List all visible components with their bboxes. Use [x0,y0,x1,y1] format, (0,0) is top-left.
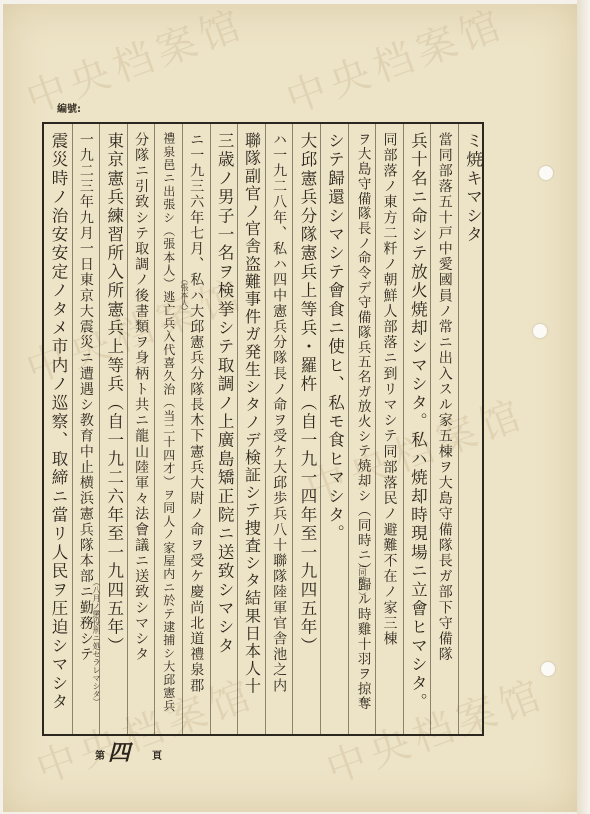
manuscript-column: 三歳ノ男子一名ヲ検挙シテ取調ノ上廣島矯正院ニ送致シマシタ [210,124,238,734]
column-text: 同部落ノ東方二粁ノ朝鮮人部落ニ到リマシテ同部落民ノ避難不在ノ家三棟 [382,132,396,647]
footer-page-prefix: 第 [95,744,105,763]
manuscript-column: 禮泉邑ニ出張シ（張本人）逃亡兵入代喜久治（当二十四才）ヲ同人ノ家屋内ニ於テ逮捕シ… [154,124,182,734]
column-text: 一九二三年九月一日東京大震災ニ遭遇シ教育中止横浜憲兵隊本部ニ勤務シテ [79,132,93,662]
manuscript-column: ヲ大島守備隊長ノ命令デ守備隊兵五名ガ放火シテ焼却シ（同時ニ）歸ル時雞十羽ヲ掠奪 [348,124,376,734]
footer-page-suffix: 頁 [152,744,162,763]
footer-page-number: 四 [108,736,130,767]
column-text: 東京憲兵練習所入所憲兵上等兵（自一九二六年至一九四五年） [105,132,122,656]
column-text: 禮泉邑ニ出張シ（張本人）逃亡兵入代喜久治（当二十四才）ヲ同人ノ家屋内ニ於テ逮捕シ… [163,132,175,713]
margin-note-ringleader: （張本人） [180,275,188,315]
manuscript-column: 同部落ノ東方二粁ノ朝鮮人部落ニ到リマシテ同部落民ノ避難不在ノ家三棟 [375,124,403,734]
margin-note-sentence: （八月ノ懲役刑ニ処セラレマシタ） [92,578,100,706]
margin-note-same-time: （同時ニ） [358,560,366,600]
manuscript-column: 大邱憲兵分隊憲兵上等兵・羅杵（自一九一四年至一九四五年） [292,124,320,734]
manuscript-column: 聯隊副官ノ官舎盗難事件ガ発生シタノデ検証シテ捜査シタ結果日本人十 [237,124,265,734]
manuscript-column: 東京憲兵練習所入所憲兵上等兵（自一九二六年至一九四五年） [99,124,127,734]
page-suffix: 頁 [152,751,162,762]
column-text: 震災時ノ治安安定ノタメ市内ノ巡察、取締ニ當リ人民ヲ圧迫シマシタ [50,132,67,712]
manuscript-column: 當同部落五十戸中愛國員ノ常ニ出入スル家五棟ヲ大島守備隊長ガ部下守備隊 [430,124,458,734]
page-number: 四 [108,741,130,766]
manuscript-column: 震災時ノ治安安定ノタメ市内ノ巡察、取締ニ當リ人民ヲ圧迫シマシタ [44,124,72,734]
column-text: 聯隊副官ノ官舎盗難事件ガ発生シタノデ検証シテ捜査シタ結果日本人十 [243,132,259,695]
binding-hole-bottom [541,662,555,676]
page-prefix: 第 [95,751,105,762]
manuscript-column: 分隊ニ引致シテ取調ノ後書類ヲ身柄ト共ニ龍山陸軍々法會議ニ送致シマシタ [127,124,155,734]
column-text: ハ一九二八年、私ハ四中憲兵分隊長ノ命ヲ受ケ大邱歩兵八十聯隊陸軍官舎池之内 [272,132,286,694]
column-text: シテ歸還シマシテ會食ニ使ヒ、私モ食ヒマシタ。 [326,132,343,543]
manuscript-column: ハ一九二八年、私ハ四中憲兵分隊長ノ命ヲ受ケ大邱歩兵八十聯隊陸軍官舎池之内 [265,124,293,734]
manuscript-column: シテ歸還シマシテ會食ニ使ヒ、私モ食ヒマシタ。 [320,124,348,734]
binding-hole-top [539,166,553,180]
column-text: 分隊ニ引致シテ取調ノ後書類ヲ身柄ト共ニ龍山陸軍々法會議ニ送致シマシタ [134,132,148,662]
manuscript-column: ニ一九三六年七月、私ハ大邱憲兵分隊長木下憲兵大尉ノ命ヲ受ケ慶尚北道禮泉郡 [182,124,210,734]
serial-number-label: 編號: [57,100,81,115]
column-text: 當同部落五十戸中愛國員ノ常ニ出入スル家五棟ヲ大島守備隊長ガ部下守備隊 [438,132,452,662]
column-text: 兵十名ニ命シテ放火焼却シマシタ。私ハ焼却時現場ニ立會ヒマシタ。 [409,132,426,712]
column-text: 三歳ノ男子一名ヲ検挙シテ取調ノ上廣島矯正院ニ送致シマシタ [216,132,233,656]
column-text: ヲ大島守備隊長ノ命令デ守備隊兵五名ガ放火シテ焼却シ（同時ニ）歸ル時雞十羽ヲ掠奪 [355,132,369,711]
column-text: ニ一九三六年七月、私ハ大邱憲兵分隊長木下憲兵大尉ノ命ヲ受ケ慶尚北道禮泉郡 [189,132,203,694]
binding-hole-middle [533,324,547,338]
scan-edge [577,0,590,814]
manuscript-grid: 震災時ノ治安安定ノタメ市内ノ巡察、取締ニ當リ人民ヲ圧迫シマシタ一九二三年九月一日… [42,122,484,736]
column-text: ミ焼キマシタ [464,132,481,244]
manuscript-column: 兵十名ニ命シテ放火焼却シマシタ。私ハ焼却時現場ニ立會ヒマシタ。 [403,124,431,734]
manuscript-column: ミ焼キマシタ [458,124,486,734]
column-text: 大邱憲兵分隊憲兵上等兵・羅杵（自一九一四年至一九四五年） [298,132,315,656]
